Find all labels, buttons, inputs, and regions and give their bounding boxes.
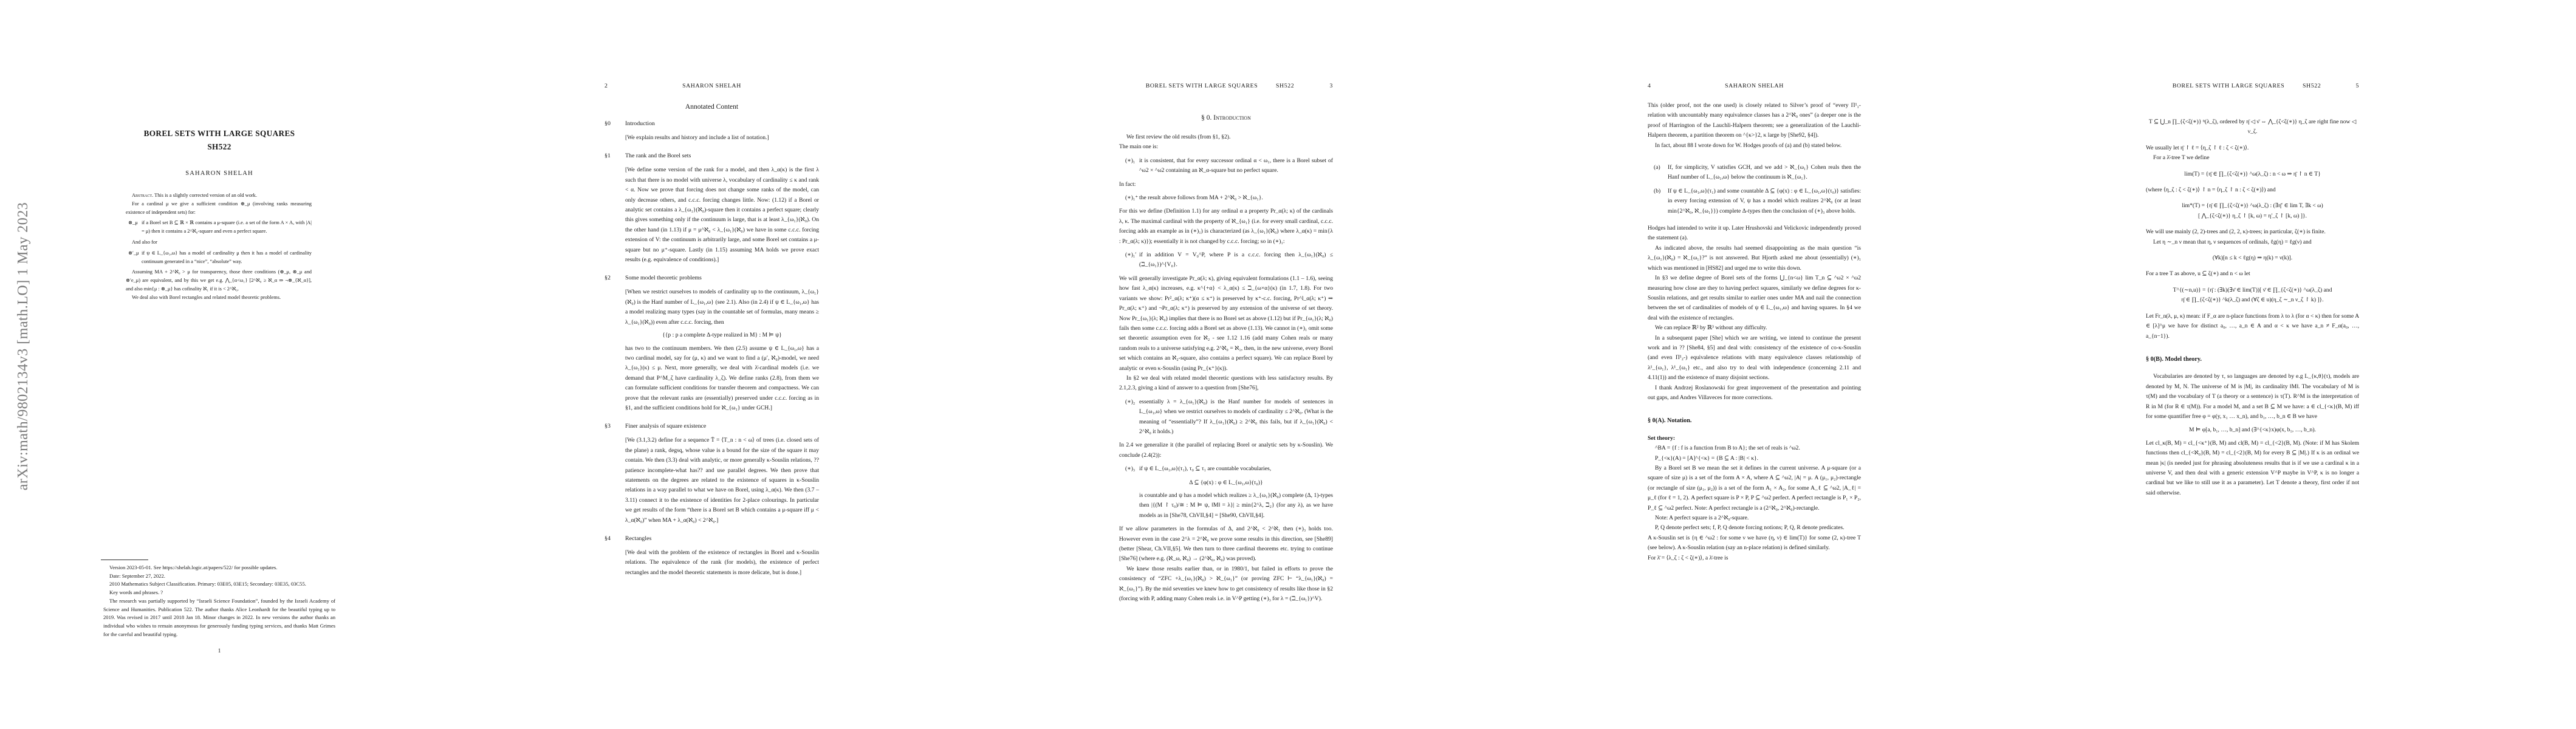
abstract-paragraph: Assuming MA + 2^ℵ₀ > μ for transparency,… [126,268,312,293]
notation-line: For λ̄ = ⟨λ_ζ : ζ < ζ(∗)⟩, a λ̄-tree is [1648,553,1861,563]
paragraph: Let Fr_n(λ, μ, κ) mean: if F_α are n-pla… [2146,312,2359,341]
support-note: The research was partially supported by … [103,597,335,639]
section-label: §1 [605,152,611,159]
item-text: the result above follows from MA + 2^ℵ₀ … [1139,194,1263,201]
notation-heading: § 0(A). Notation. [1648,416,1861,426]
star-item-1-prime: (∗)₁′ if in addition V = V₀^P, where P i… [1119,250,1333,270]
date-note: Date: September 27, 2022. [103,572,335,581]
msc-note: 2010 Mathematics Subject Classification.… [103,580,335,589]
paragraph: If we allow parameters in the formulas o… [1119,524,1333,564]
otimes-prime-mu-label: ⊗′_μ [128,249,139,258]
abstract: Abstract. This is a slightly corrected v… [126,191,312,302]
paragraph: In fact, about 88 I wrote down for W. Ho… [1648,141,1861,151]
page-5: BOREL SETS WITH LARGE SQUARES SH522 5 T … [2146,0,2359,729]
display-math: lim*(T) = {η̄ ∈ ∏_{ζ<ζ(∗)} ^ω(λ_ζ) : (∃η… [2146,201,2359,221]
notation-line: P, Q denote perfect sets; f, P, Q denote… [1648,523,1861,533]
paragraph: Let η ∼_n ν mean that η, ν sequences of … [2146,238,2359,247]
notation-paragraph: A κ-Souslin set is {η ∈ ^ω2 : for some ν… [1648,533,1861,553]
set-theory-heading: Set theory: [1648,434,1861,443]
paragraph: In 2.4 we generalize it (the parallel of… [1119,440,1333,460]
abstract-paragraph: For a cardinal μ we give a sufficient co… [126,200,312,217]
toc-section-2-summary: [When we restrict ourselves to models of… [625,287,819,327]
otimes-mu-label: ⊗_μ [128,219,138,227]
page-1: BOREL SETS WITH LARGE SQUARES SH522 SAHA… [103,0,335,729]
abstract-paragraph: We deal also with Borel rectangles and r… [126,293,312,302]
item-label: (b) [1654,187,1660,196]
toc-section-2-summary: has two to the continuum members. We the… [625,344,819,414]
paragraph: The main one is: [1119,142,1333,152]
section-title: The rank and the Borel sets [625,152,691,159]
page-header: 4 SAHARON SHELAH [1648,83,1861,90]
item-text: essentially λ = λ_{ω₁}(ℵ₀) is the Hanf n… [1139,399,1333,435]
paragraph: In §2 we deal with related model theoret… [1119,374,1333,394]
paragraph: Hodges had intended to write it up. Late… [1648,224,1861,244]
paragraph: In fact: [1119,180,1333,190]
section-label: §0 [605,120,611,127]
running-head: SAHARON SHELAH [605,83,819,89]
item-text: If ψ ∈ L_{ω₁,ω}(τ₁) and some countable Δ… [1668,188,1861,214]
paragraph: We knew those results earlier than, or i… [1119,564,1333,604]
footnote-rule [101,560,148,560]
toc-section-3-summary: [We (3.1,3.2) define for a sequence T̄ =… [625,436,819,525]
page-number: 3 [1330,83,1334,89]
page-number: 5 [2356,83,2360,89]
item-label: (a) [1654,163,1660,173]
toc-section-0: §0 Introduction [605,120,819,127]
running-head: SAHARON SHELAH [1648,83,1861,89]
item-continuation: is countable and ψ has a model which rea… [1139,491,1333,521]
page-3: BOREL SETS WITH LARGE SQUARES SH522 3 § … [1119,0,1333,729]
toc-section-0-summary: [We explain results and history and incl… [625,133,819,143]
running-head: BOREL SETS WITH LARGE SQUARES [1119,83,1284,89]
abstract-item-text: if a Borel set B ⊆ ℝ × ℝ contains a μ-sq… [142,220,312,234]
display-math: T^{(∼n,u)} = {η̄ : (∃k)(∃ν̄ ∈ lim(T))[ ν… [2146,286,2359,306]
toc-section-1: §1 The rank and the Borel sets [605,152,819,159]
abstract-item-square: ⊗_μ if a Borel set B ⊆ ℝ × ℝ contains a … [126,219,312,236]
keywords-note: Key words and phrases. ? [103,589,335,597]
paragraph: For this we define (Definition 1.1) for … [1119,207,1333,247]
star-item-1: (∗)₁ it is consistent, that for every su… [1119,156,1333,176]
display-math: lim(T) = {η̄ ∈ ∏_{ζ<ζ(∗)} ^ω(λ_ζ) : n < … [2146,169,2359,179]
notation-line: P_{<κ}(A) = [A]^{<κ} = {B ⊆ A : |B| < κ}… [1648,454,1861,464]
toc-section-3: §3 Finer analysis of square existence [605,423,819,430]
paragraph: We will use mainly (2, 2)-trees and (2, … [2146,227,2359,237]
item-label: (∗)₃ [1125,464,1135,474]
paragraph: We will generally investigate Pr_α(λ; κ)… [1119,274,1333,374]
abstract-item-text: if ψ ∈ L_{ω₁,ω} has a model of cardinali… [142,250,312,264]
item-label: (∗)₁ [1125,156,1135,166]
page-2: 2 SAHARON SHELAH Annotated Content §0 In… [605,0,819,729]
paper-id: SH522 [103,142,335,152]
paragraph: I thank Andrzej Roslanowski for great im… [1648,383,1861,403]
item-text: If, for simplicity, V satisfies GCH, and… [1668,164,1861,180]
page-number: 1 [103,648,335,654]
item-label: (∗)₁⁺ [1125,193,1138,203]
paragraph: Let cl_κ(B, M) = cl_{<κ⁺}(B, M) and cl(B… [2146,439,2359,498]
notation-line: ^BA = {f : f is a function from B to A};… [1648,443,1861,453]
model-theory-heading: § 0(B). Model theory. [2146,355,2359,364]
section-title: Some model theoretic problems [625,275,702,281]
paragraph: In §3 we define degree of Borel sets of … [1648,273,1861,323]
star-item-3: (∗)₃ if ψ ∈ L_{ω₁,ω}(τ₁), τ₀ ⊆ τ₁ are co… [1119,464,1333,474]
toc-section-1-summary: [We define some version of the rank for … [625,165,819,265]
section-label: §2 [605,275,611,281]
section-label: §3 [605,423,611,430]
footnote-block: Version 2023-05-01. See https://shelah.l… [103,564,335,638]
section-title: Finer analysis of square existence [625,423,706,430]
running-head: BOREL SETS WITH LARGE SQUARES [2146,83,2311,89]
page-header: BOREL SETS WITH LARGE SQUARES SH522 3 [1119,83,1333,90]
pdf-montage: { "watermark": { "text": "arXiv:math/980… [0,0,2576,729]
display-math: {{p : p a complete Δ-type realized in M}… [625,330,819,340]
abstract-label: Abstract. [132,193,153,198]
abstract-connector: And also for [126,238,312,247]
notation-line: Note: A perfect square is a 2^ℵ₀-square. [1648,513,1861,523]
section-label: §4 [605,535,611,542]
item-text: if ψ ∈ L_{ω₁,ω}(τ₁), τ₀ ⊆ τ₁ are countab… [1139,465,1271,472]
abstract-intro: This is a slightly corrected version of … [154,193,257,198]
paragraph: This (older proof, not the one used) is … [1648,101,1861,141]
version-note: Version 2023-05-01. See https://shelah.l… [103,564,335,572]
author-name: SAHARON SHELAH [103,170,335,177]
section-title: Rectangles [625,535,651,542]
item-label: (∗)₂ [1125,397,1135,407]
item-text: it is consistent, that for every success… [1139,157,1333,174]
page-header: BOREL SETS WITH LARGE SQUARES SH522 5 [2146,83,2359,90]
toc-section-4-summary: [We deal with the problem of the existen… [625,548,819,578]
display-math: (∀k)[n ≤ k < ℓg(η) ⇒ η(k) = ν(k)]. [2146,253,2359,263]
paragraph: We usually let η̄ ↾ ℓ = ⟨η_ζ ↾ ℓ : ζ < ζ… [2146,143,2359,153]
display-math: T ⊆ ⋃_n ∏_{ζ<ζ(∗)} ⁿ(λ_ζ), ordered by η̄… [2146,117,2359,137]
abstract-first-line: Abstract. This is a slightly corrected v… [126,191,312,200]
paragraph: In a subsequent paper [She] which we are… [1648,334,1861,383]
paper-title: BOREL SETS WITH LARGE SQUARES [103,129,335,139]
page-4: 4 SAHARON SHELAH This (older proof, not … [1648,0,1861,729]
paragraph: For a tree T as above, u ⊆ ζ(∗) and n < … [2146,269,2359,279]
paper-id: SH522 [1276,83,1294,89]
paragraph: We first review the old results (from §1… [1119,132,1333,142]
section-title: Introduction [625,120,655,127]
paragraph: As indicated above, the results had seem… [1648,244,1861,273]
paragraph: For a λ̄-tree T we define [2146,153,2359,163]
item-a: (a) If, for simplicity, V satisfies GCH,… [1648,163,1861,183]
display-math: M ⊨ φ[a, b₁, …, b_n] and (∃^{<κ}x)φ(x, b… [2146,425,2359,435]
paragraph: We can replace ℝ² by ℝ³ without any diff… [1648,323,1861,333]
arxiv-watermark: arXiv:math/9802134v3 [math.LO] 1 May 202… [15,170,33,522]
paragraph: (where ⟨η_ζ : ζ < ζ(∗)⟩ ↾ n = ⟨η_ζ ↾ n :… [2146,185,2359,195]
toc-section-4: §4 Rectangles [605,535,819,542]
display-math: Δ ⊆ {φ(x) : φ ∈ L_{ω₁,ω}(τ₀)} [1119,478,1333,488]
star-item-1-plus: (∗)₁⁺ the result above follows from MA +… [1119,193,1333,203]
item-b: (b) If ψ ∈ L_{ω₁,ω}(τ₁) and some countab… [1648,187,1861,216]
toc-section-2: §2 Some model theoretic problems [605,275,819,281]
item-text: if in addition V = V₀^P, where P is a c.… [1139,252,1333,268]
item-label: (∗)₁′ [1125,250,1136,260]
notation-paragraph: By a Borel set B we mean the set it defi… [1648,464,1861,513]
paper-id: SH522 [2303,83,2321,89]
abstract-item-model: ⊗′_μ if ψ ∈ L_{ω₁,ω} has a model of card… [126,249,312,266]
paragraph: Vocabularies are denoted by τ, so langua… [2146,372,2359,422]
page-header: 2 SAHARON SHELAH [605,83,819,90]
annotated-content-title: Annotated Content [605,103,819,111]
star-item-2: (∗)₂ essentially λ = λ_{ω₁}(ℵ₀) is the H… [1119,397,1333,437]
section-heading: § 0. Introduction [1119,114,1333,122]
